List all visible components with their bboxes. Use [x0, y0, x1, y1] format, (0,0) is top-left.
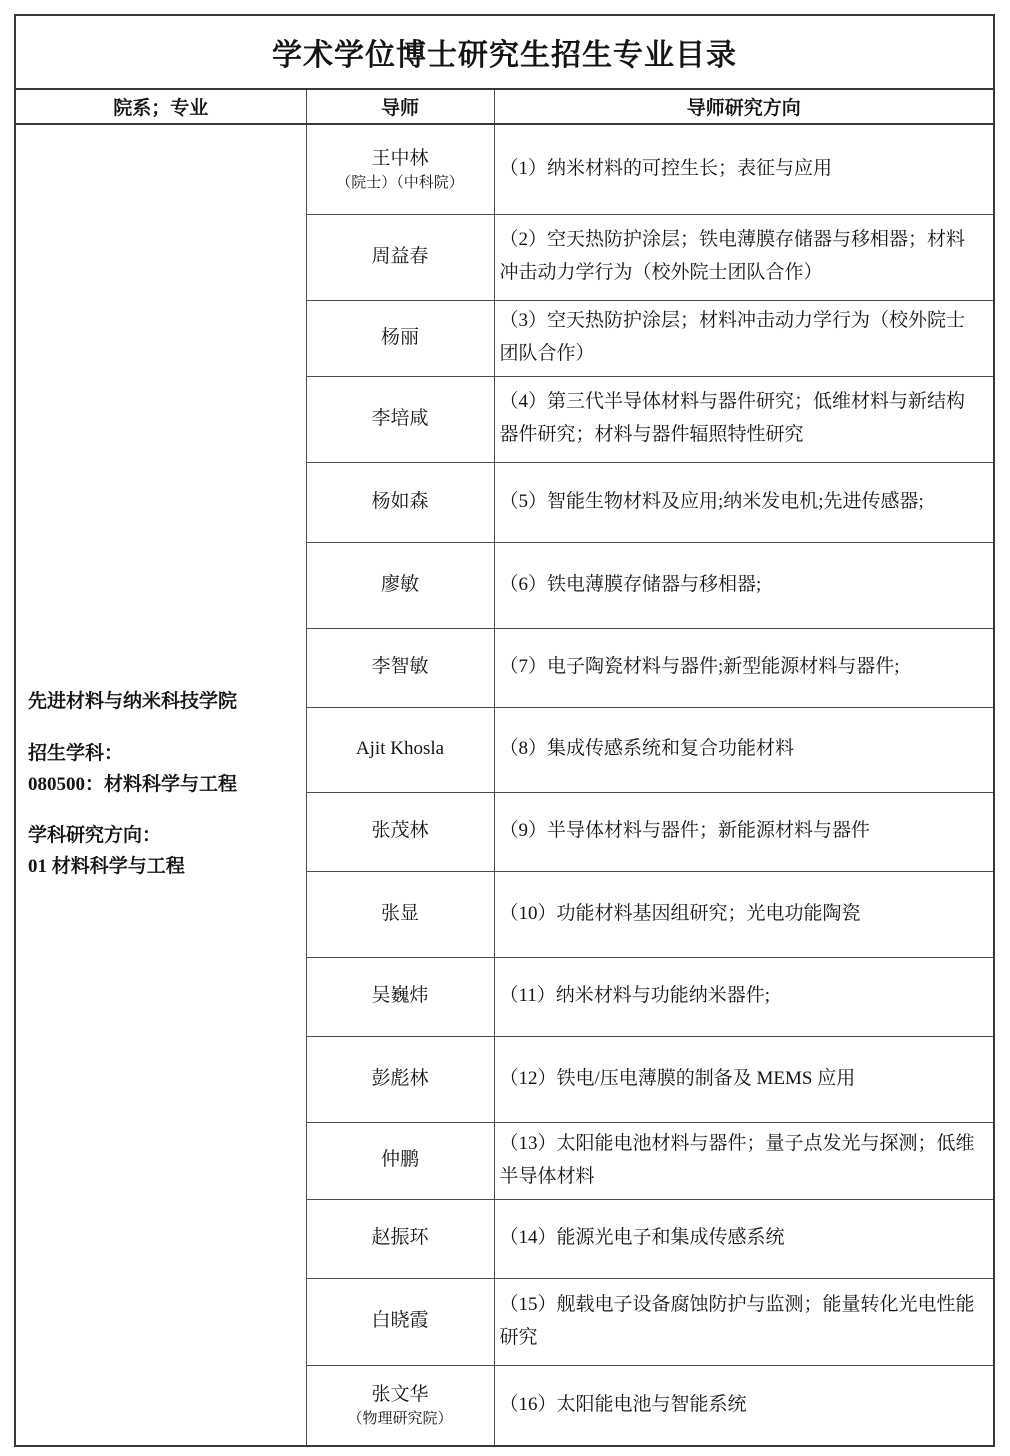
advisor-cell: 杨丽 [306, 300, 494, 376]
direction-text: （5）智能生物材料及应用;纳米发电机;先进传感器; [500, 491, 924, 512]
column-header-direction: 导师研究方向 [494, 89, 994, 124]
advisor-name: 赵振环 [311, 1224, 490, 1253]
advisor-name: Ajit Khosla [311, 735, 490, 764]
research-direction-value: 01 材料科学与工程 [28, 852, 298, 883]
direction-text: （13）太阳能电池材料与器件；量子点发光与探测；低维半导体材料 [500, 1133, 975, 1187]
advisor-cell: 杨如森 [306, 462, 494, 542]
catalog-table: 学术学位博士研究生招生专业目录 院系；专业 导师 导师研究方向 先进材料与纳米科… [14, 14, 995, 1447]
direction-cell: （9）半导体材料与器件；新能源材料与器件 [494, 792, 994, 871]
advisor-name: 杨丽 [311, 324, 490, 353]
direction-cell: （13）太阳能电池材料与器件；量子点发光与探测；低维半导体材料 [494, 1122, 994, 1199]
advisor-cell: 彭彪林 [306, 1036, 494, 1122]
direction-cell: （10）功能材料基因组研究；光电功能陶瓷 [494, 871, 994, 957]
direction-cell: （15）舰载电子设备腐蚀防护与监测；能量转化光电性能研究 [494, 1278, 994, 1365]
page-title: 学术学位博士研究生招生专业目录 [15, 15, 994, 89]
direction-text: （14）能源光电子和集成传感系统 [500, 1227, 785, 1248]
direction-text: （8）集成传感系统和复合功能材料 [500, 738, 795, 759]
direction-text: （9）半导体材料与器件；新能源材料与器件 [500, 820, 871, 841]
direction-cell: （14）能源光电子和集成传感系统 [494, 1199, 994, 1278]
advisor-name: 张文华 [311, 1381, 490, 1410]
direction-cell: （16）太阳能电池与智能系统 [494, 1365, 994, 1446]
direction-text: （3）空天热防护涂层；材料冲击动力学行为（校外院士团队合作） [500, 310, 966, 364]
direction-cell: （1）纳米材料的可控生长；表征与应用 [494, 124, 994, 214]
advisor-cell: 廖敏 [306, 542, 494, 628]
advisor-name: 张显 [311, 900, 490, 929]
direction-text: （15）舰载电子设备腐蚀防护与监测；能量转化光电性能研究 [500, 1294, 975, 1348]
advisor-cell: 周益春 [306, 214, 494, 300]
advisor-name: 仲鹏 [311, 1146, 490, 1175]
advisor-name: 李智敏 [311, 653, 490, 682]
department-cell: 先进材料与纳米科技学院 招生学科： 080500：材料科学与工程 学科研究方向：… [15, 124, 306, 1446]
direction-cell: （7）电子陶瓷材料与器件;新型能源材料与器件; [494, 628, 994, 707]
admission-label: 招生学科： [28, 739, 298, 770]
advisor-name: 张茂林 [311, 817, 490, 846]
advisor-cell: Ajit Khosla [306, 707, 494, 792]
direction-text: （2）空天热防护涂层；铁电薄膜存储器与移相器；材料冲击动力学行为（校外院士团队合… [500, 229, 966, 283]
direction-text: （1）纳米材料的可控生长；表征与应用 [500, 158, 833, 179]
column-header-department: 院系；专业 [15, 89, 306, 124]
column-header-advisor: 导师 [306, 89, 494, 124]
direction-text: （4）第三代半导体材料与器件研究；低维材料与新结构器件研究；材料与器件辐照特性研… [500, 391, 966, 445]
college-name: 先进材料与纳米科技学院 [28, 687, 298, 718]
advisor-name: 王中林 [311, 145, 490, 174]
direction-cell: （3）空天热防护涂层；材料冲击动力学行为（校外院士团队合作） [494, 300, 994, 376]
direction-cell: （8）集成传感系统和复合功能材料 [494, 707, 994, 792]
advisor-name: 杨如森 [311, 488, 490, 517]
advisor-cell: 李培咸 [306, 376, 494, 462]
direction-cell: （5）智能生物材料及应用;纳米发电机;先进传感器; [494, 462, 994, 542]
advisor-cell: 王中林 （院士）（中科院） [306, 124, 494, 214]
direction-text: （11）纳米材料与功能纳米器件; [500, 985, 771, 1006]
direction-cell: （4）第三代半导体材料与器件研究；低维材料与新结构器件研究；材料与器件辐照特性研… [494, 376, 994, 462]
research-direction-group: 学科研究方向： 01 材料科学与工程 [28, 821, 298, 883]
advisor-name: 周益春 [311, 243, 490, 272]
advisor-cell: 赵振环 [306, 1199, 494, 1278]
direction-text: （10）功能材料基因组研究；光电功能陶瓷 [500, 903, 861, 924]
advisor-cell: 李智敏 [306, 628, 494, 707]
admission-group: 招生学科： 080500：材料科学与工程 [28, 739, 298, 801]
admission-value: 080500：材料科学与工程 [28, 770, 298, 801]
advisor-cell: 张茂林 [306, 792, 494, 871]
advisor-cell: 吴巍炜 [306, 957, 494, 1036]
direction-text: （12）铁电/压电薄膜的制备及 MEMS 应用 [500, 1068, 856, 1089]
advisor-note: （院士）（中科院） [311, 173, 490, 194]
advisor-name: 李培咸 [311, 405, 490, 434]
advisor-name: 吴巍炜 [311, 982, 490, 1011]
header-row: 院系；专业 导师 导师研究方向 [15, 89, 994, 124]
direction-cell: （6）铁电薄膜存储器与移相器; [494, 542, 994, 628]
title-row: 学术学位博士研究生招生专业目录 [15, 15, 994, 89]
direction-text: （6）铁电薄膜存储器与移相器; [500, 574, 762, 595]
research-direction-label: 学科研究方向： [28, 821, 298, 852]
direction-cell: （2）空天热防护涂层；铁电薄膜存储器与移相器；材料冲击动力学行为（校外院士团队合… [494, 214, 994, 300]
table-row: 先进材料与纳米科技学院 招生学科： 080500：材料科学与工程 学科研究方向：… [15, 124, 994, 214]
direction-text: （7）电子陶瓷材料与器件;新型能源材料与器件; [500, 656, 900, 677]
advisor-cell: 仲鹏 [306, 1122, 494, 1199]
advisor-name: 白晓霞 [311, 1307, 490, 1336]
advisor-name: 廖敏 [311, 571, 490, 600]
advisor-cell: 张显 [306, 871, 494, 957]
direction-text: （16）太阳能电池与智能系统 [500, 1394, 747, 1415]
advisor-name: 彭彪林 [311, 1065, 490, 1094]
direction-cell: （12）铁电/压电薄膜的制备及 MEMS 应用 [494, 1036, 994, 1122]
direction-cell: （11）纳米材料与功能纳米器件; [494, 957, 994, 1036]
college-group: 先进材料与纳米科技学院 [28, 687, 298, 718]
advisor-note: （物理研究院） [311, 1409, 490, 1430]
advisor-cell: 白晓霞 [306, 1278, 494, 1365]
document-page: 学术学位博士研究生招生专业目录 院系；专业 导师 导师研究方向 先进材料与纳米科… [0, 0, 1010, 1456]
advisor-cell: 张文华 （物理研究院） [306, 1365, 494, 1446]
